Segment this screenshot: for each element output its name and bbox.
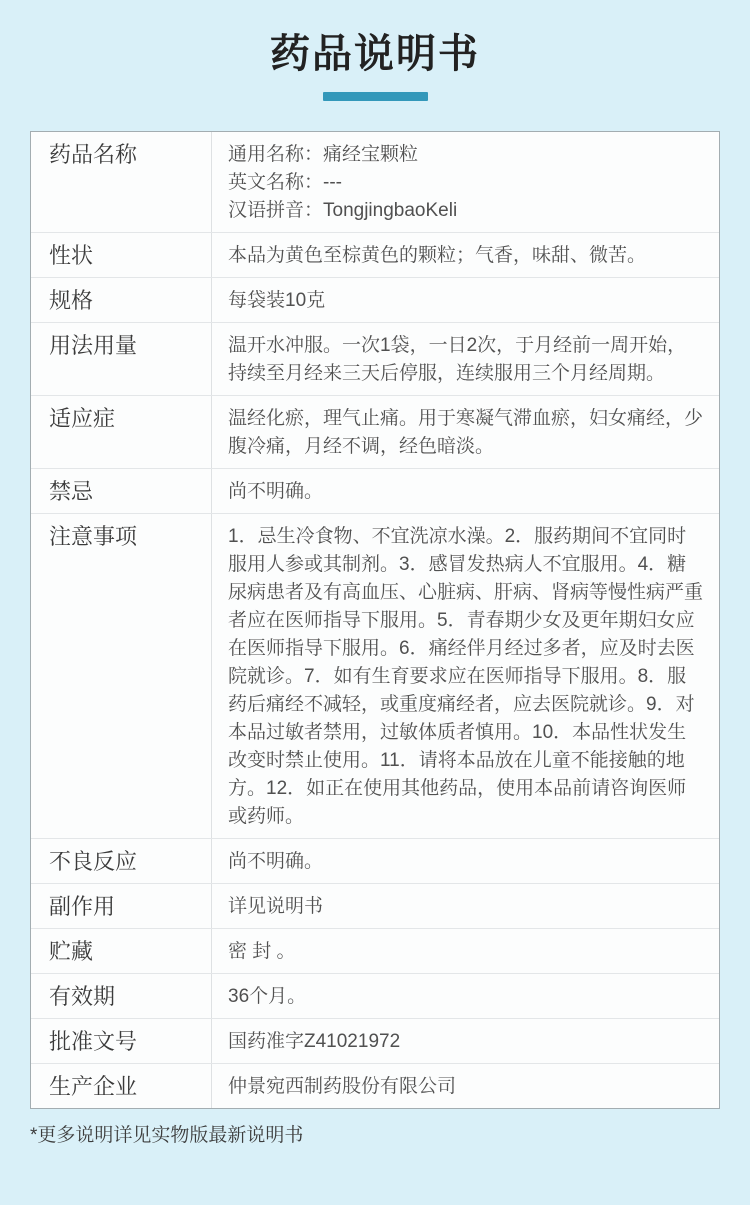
row-label: 性状 bbox=[31, 233, 212, 277]
row-value-line: 温经化瘀，理气止痛。用于寒凝气滞血瘀，妇女痛经，少腹冷痛，月经不调，经色暗淡。 bbox=[228, 405, 705, 461]
row-label: 不良反应 bbox=[31, 839, 212, 883]
row-label: 有效期 bbox=[31, 974, 212, 1018]
table-row-storage: 贮藏密 封 。 bbox=[31, 929, 719, 974]
row-value: 本品为黄色至棕黄色的颗粒；气香，味甜、微苦。 bbox=[212, 233, 719, 277]
row-value-line: 密 封 。 bbox=[228, 938, 705, 966]
row-label: 注意事项 bbox=[31, 514, 212, 838]
row-value-line: 1．忌生冷食物、不宜洗凉水澡。2．服药期间不宜同时服用人参或其制剂。3．感冒发热… bbox=[228, 523, 705, 831]
row-value: 温经化瘀，理气止痛。用于寒凝气滞血瘀，妇女痛经，少腹冷痛，月经不调，经色暗淡。 bbox=[212, 396, 719, 468]
table-row-dosage: 用法用量温开水冲服。一次1袋，一日2次，于月经前一周开始，持续至月经来三天后停服… bbox=[31, 323, 719, 396]
row-value: 仲景宛西制药股份有限公司 bbox=[212, 1064, 719, 1108]
row-value-line: 本品为黄色至棕黄色的颗粒；气香，味甜、微苦。 bbox=[228, 242, 705, 270]
drug-instructions-page: 药品说明书 药品名称通用名称：痛经宝颗粒英文名称：---汉语拼音：Tongjin… bbox=[0, 0, 750, 1205]
table-row-contraindications: 禁忌尚不明确。 bbox=[31, 469, 719, 514]
row-value: 温开水冲服。一次1袋，一日2次，于月经前一周开始，持续至月经来三天后停服，连续服… bbox=[212, 323, 719, 395]
row-value: 尚不明确。 bbox=[212, 839, 719, 883]
table-row-precautions: 注意事项1．忌生冷食物、不宜洗凉水澡。2．服药期间不宜同时服用人参或其制剂。3．… bbox=[31, 514, 719, 839]
page-title: 药品说明书 bbox=[0, 30, 750, 78]
row-value-line: 仲景宛西制药股份有限公司 bbox=[228, 1073, 705, 1101]
row-value: 国药准字Z41021972 bbox=[212, 1019, 719, 1063]
row-label: 药品名称 bbox=[31, 132, 212, 232]
row-value-line: 汉语拼音：TongjingbaoKeli bbox=[228, 197, 705, 225]
row-label: 批准文号 bbox=[31, 1019, 212, 1063]
row-value-line: 英文名称：--- bbox=[228, 169, 705, 197]
row-label: 禁忌 bbox=[31, 469, 212, 513]
row-value: 详见说明书 bbox=[212, 884, 719, 928]
row-value-line: 每袋装10克 bbox=[228, 287, 705, 315]
row-value: 36个月。 bbox=[212, 974, 719, 1018]
row-value-line: 温开水冲服。一次1袋，一日2次，于月经前一周开始，持续至月经来三天后停服，连续服… bbox=[228, 332, 705, 388]
table-row-specification: 规格每袋装10克 bbox=[31, 278, 719, 323]
table-row-manufacturer: 生产企业仲景宛西制药股份有限公司 bbox=[31, 1064, 719, 1108]
row-value-line: 国药准字Z41021972 bbox=[228, 1028, 705, 1056]
row-label: 用法用量 bbox=[31, 323, 212, 395]
title-underline-bar bbox=[323, 92, 428, 101]
table-row-properties: 性状本品为黄色至棕黄色的颗粒；气香，味甜、微苦。 bbox=[31, 233, 719, 278]
row-label: 适应症 bbox=[31, 396, 212, 468]
row-value: 每袋装10克 bbox=[212, 278, 719, 322]
row-label: 生产企业 bbox=[31, 1064, 212, 1108]
drug-spec-table: 药品名称通用名称：痛经宝颗粒英文名称：---汉语拼音：TongjingbaoKe… bbox=[30, 131, 720, 1109]
row-value: 1．忌生冷食物、不宜洗凉水澡。2．服药期间不宜同时服用人参或其制剂。3．感冒发热… bbox=[212, 514, 719, 838]
row-value-line: 详见说明书 bbox=[228, 893, 705, 921]
table-row-indications: 适应症温经化瘀，理气止痛。用于寒凝气滞血瘀，妇女痛经，少腹冷痛，月经不调，经色暗… bbox=[31, 396, 719, 469]
row-value-line: 通用名称：痛经宝颗粒 bbox=[228, 141, 705, 169]
row-label: 贮藏 bbox=[31, 929, 212, 973]
table-row-side-effects: 副作用详见说明书 bbox=[31, 884, 719, 929]
table-row-approval-number: 批准文号国药准字Z41021972 bbox=[31, 1019, 719, 1064]
row-value-line: 尚不明确。 bbox=[228, 478, 705, 506]
row-value: 密 封 。 bbox=[212, 929, 719, 973]
table-row-drug-name: 药品名称通用名称：痛经宝颗粒英文名称：---汉语拼音：TongjingbaoKe… bbox=[31, 132, 719, 233]
row-value: 尚不明确。 bbox=[212, 469, 719, 513]
table-row-validity-period: 有效期36个月。 bbox=[31, 974, 719, 1019]
row-label: 规格 bbox=[31, 278, 212, 322]
row-value-line: 尚不明确。 bbox=[228, 848, 705, 876]
footnote-text: *更多说明详见实物版最新说明书 bbox=[30, 1124, 750, 1148]
row-value-line: 36个月。 bbox=[228, 983, 705, 1011]
row-value: 通用名称：痛经宝颗粒英文名称：---汉语拼音：TongjingbaoKeli bbox=[212, 132, 719, 232]
row-label: 副作用 bbox=[31, 884, 212, 928]
table-row-adverse-reactions: 不良反应尚不明确。 bbox=[31, 839, 719, 884]
